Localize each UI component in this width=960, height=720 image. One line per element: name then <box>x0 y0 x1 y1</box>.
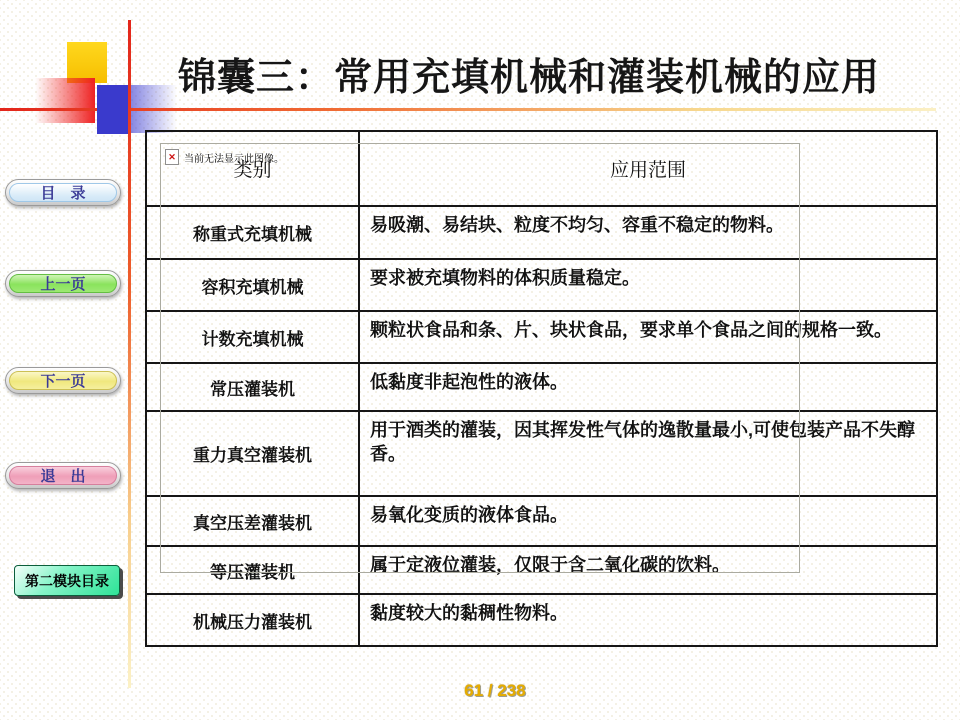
filling-machinery-table: 类别 应用范围 称重式充填机械 易吸潮、易结块、粒度不均匀、容重不稳定的物料。 … <box>145 130 938 647</box>
scope-cell: 黏度较大的黏稠性物料。 <box>359 594 937 646</box>
category-cell: 容积充填机械 <box>146 259 359 311</box>
category-cell: 真空压差灌装机 <box>146 496 359 546</box>
nav-button-previous-page[interactable]: 上一页 <box>5 270 121 297</box>
table-row: 计数充填机械 颗粒状食品和条、片、块状食品，要求单个食品之间的规格一致。 <box>146 311 937 363</box>
nav-button-next-label: 下一页 <box>9 371 117 390</box>
table-row: 等压灌装机 属于定液位灌装，仅限于含二氧化碳的饮料。 <box>146 546 937 594</box>
header-category: 类别 <box>146 131 359 206</box>
nav-button-exit-label: 退 出 <box>9 466 117 485</box>
table-row: 重力真空灌装机 用于酒类的灌装，因其挥发性气体的逸散量最小,可使包装产品不失醇香… <box>146 411 937 496</box>
table-row: 机械压力灌装机 黏度较大的黏稠性物料。 <box>146 594 937 646</box>
category-cell: 称重式充填机械 <box>146 206 359 259</box>
header-application-scope: 应用范围 <box>359 131 937 206</box>
table-row: 容积充填机械 要求被充填物料的体积质量稳定。 <box>146 259 937 311</box>
table-row: 真空压差灌装机 易氧化变质的液体食品。 <box>146 496 937 546</box>
module2-contents-label: 第二模块目录 <box>25 571 109 591</box>
title-underline-accent <box>0 108 936 111</box>
table-header-row: 类别 应用范围 <box>146 131 937 206</box>
deco-yellow-square <box>67 42 107 83</box>
slide-title: 锦囊三：常用充填机械和灌装机械的应用 <box>126 46 932 101</box>
nav-button-contents[interactable]: 目 录 <box>5 179 121 206</box>
vertical-accent-line <box>128 20 131 688</box>
application-table: 类别 应用范围 称重式充填机械 易吸潮、易结块、粒度不均匀、容重不稳定的物料。 … <box>145 130 938 647</box>
broken-image-x-icon: ✕ <box>165 149 179 165</box>
table-row: 常压灌装机 低黏度非起泡性的液体。 <box>146 363 937 411</box>
broken-image-placeholder: ✕ 当前无法显示此图像。 <box>165 149 284 165</box>
category-cell: 计数充填机械 <box>146 311 359 363</box>
category-cell: 重力真空灌装机 <box>146 411 359 496</box>
broken-image-message: 当前无法显示此图像。 <box>184 150 284 165</box>
scope-cell: 属于定液位灌装，仅限于含二氧化碳的饮料。 <box>359 546 937 594</box>
category-cell: 机械压力灌装机 <box>146 594 359 646</box>
category-cell: 常压灌装机 <box>146 363 359 411</box>
table-row: 称重式充填机械 易吸潮、易结块、粒度不均匀、容重不稳定的物料。 <box>146 206 937 259</box>
module2-contents-button[interactable]: 第二模块目录 <box>14 565 120 596</box>
nav-button-contents-label: 目 录 <box>9 183 117 202</box>
slide-canvas: 锦囊三：常用充填机械和灌装机械的应用 目 录 上一页 下一页 退 出 第二模块目… <box>0 0 960 720</box>
nav-button-previous-label: 上一页 <box>9 274 117 293</box>
scope-cell: 要求被充填物料的体积质量稳定。 <box>359 259 937 311</box>
scope-cell: 低黏度非起泡性的液体。 <box>359 363 937 411</box>
scope-cell: 易吸潮、易结块、粒度不均匀、容重不稳定的物料。 <box>359 206 937 259</box>
page-indicator: 61 / 238 <box>420 681 570 701</box>
scope-cell: 用于酒类的灌装，因其挥发性气体的逸散量最小,可使包装产品不失醇香。 <box>359 411 937 496</box>
nav-button-exit[interactable]: 退 出 <box>5 462 121 489</box>
category-cell: 等压灌装机 <box>146 546 359 594</box>
deco-blue-square <box>97 85 128 134</box>
scope-cell: 易氧化变质的液体食品。 <box>359 496 937 546</box>
nav-button-next-page[interactable]: 下一页 <box>5 367 121 394</box>
deco-red-gradient-square <box>35 78 95 123</box>
scope-cell: 颗粒状食品和条、片、块状食品，要求单个食品之间的规格一致。 <box>359 311 937 363</box>
